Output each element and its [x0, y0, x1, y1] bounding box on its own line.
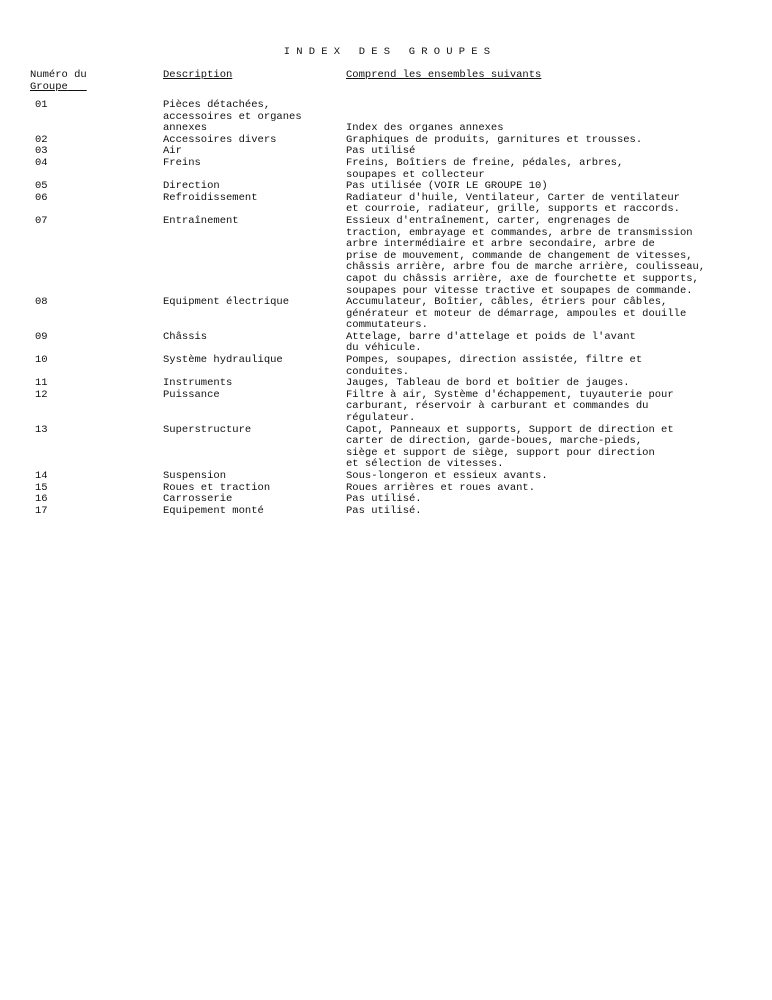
group-contents-line: capot du châssis arrière, axe de fourche…: [346, 274, 705, 286]
group-number: 05: [35, 181, 48, 193]
group-contents-line: Accumulateur, Boîtier, câbles, étriers p…: [346, 297, 686, 309]
header-group-number: Numéro du Groupe: [30, 70, 87, 93]
group-contents: Index des organes annexes: [346, 100, 504, 135]
group-contents: Essieux d'entraînement, carter, engrenag…: [346, 216, 705, 297]
group-contents: Capot, Panneaux et supports, Support de …: [346, 425, 674, 471]
group-contents: Attelage, barre d'attelage et poids de l…: [346, 332, 636, 355]
group-index-table: 01Pièces détachées,accessoires et organe…: [0, 100, 772, 517]
group-description-line: Refroidissement: [163, 193, 258, 205]
group-contents: Sous-longeron et essieux avants.: [346, 471, 548, 483]
group-contents: Pompes, soupapes, direction assistée, fi…: [346, 355, 642, 378]
group-contents: Pas utilisée (VOIR LE GROUPE 10): [346, 181, 548, 193]
group-contents: Radiateur d'huile, Ventilateur, Carter d…: [346, 193, 680, 216]
group-number: 14: [35, 471, 48, 483]
group-contents-line: Pas utilisée (VOIR LE GROUPE 10): [346, 181, 548, 193]
group-contents: Pas utilisé.: [346, 506, 422, 518]
group-contents-line: Freins, Boîtiers de freine, pédales, arb…: [346, 158, 623, 170]
group-description-line: Equipment électrique: [163, 297, 289, 309]
table-row: 13SuperstructureCapot, Panneaux et suppo…: [0, 425, 772, 471]
group-description: Refroidissement: [163, 193, 258, 205]
header-group-number-line2: Groupe: [30, 81, 68, 93]
group-contents-line: arbre intermédiaire et arbre secondaire,…: [346, 239, 705, 251]
group-description: Pièces détachées,accessoires et organesa…: [163, 100, 302, 135]
group-contents-line: Pompes, soupapes, direction assistée, fi…: [346, 355, 642, 367]
group-contents-line: Essieux d'entraînement, carter, engrenag…: [346, 216, 705, 228]
document-page: INDEX DES GROUPES Numéro du Groupe Descr…: [0, 0, 772, 1000]
group-description-line: Freins: [163, 158, 201, 170]
group-description-line: Equipement monté: [163, 506, 264, 518]
group-contents: Freins, Boîtiers de freine, pédales, arb…: [346, 158, 623, 181]
header-contents: Comprend les ensembles suivants: [346, 70, 541, 82]
table-row: 05DirectionPas utilisée (VOIR LE GROUPE …: [0, 181, 772, 193]
table-row: 10Système hydrauliquePompes, soupapes, d…: [0, 355, 772, 378]
group-description: Equipment électrique: [163, 297, 289, 309]
group-description: Châssis: [163, 332, 207, 344]
group-number: 06: [35, 193, 48, 205]
group-number: 09: [35, 332, 48, 344]
table-row: 12PuissanceFiltre à air, Système d'échap…: [0, 390, 772, 425]
group-description: Puissance: [163, 390, 220, 402]
group-description-line: Système hydraulique: [163, 355, 283, 367]
table-row: 08Equipment électriqueAccumulateur, Boît…: [0, 297, 772, 332]
group-number: 12: [35, 390, 48, 402]
group-contents-line: régulateur.: [346, 413, 674, 425]
group-contents: Accumulateur, Boîtier, câbles, étriers p…: [346, 297, 686, 332]
group-description: Equipement monté: [163, 506, 264, 518]
group-number: 04: [35, 158, 48, 170]
group-description-line: Superstructure: [163, 425, 251, 437]
group-contents-line: Sous-longeron et essieux avants.: [346, 471, 548, 483]
header-description: Description: [163, 70, 232, 82]
group-number: 10: [35, 355, 48, 367]
group-description: Entraînement: [163, 216, 239, 228]
page-title: INDEX DES GROUPES: [0, 46, 772, 58]
table-row: 17Equipement montéPas utilisé.: [0, 506, 772, 518]
table-row: 06RefroidissementRadiateur d'huile, Vent…: [0, 193, 772, 216]
table-row: 01Pièces détachées,accessoires et organe…: [0, 100, 772, 135]
group-contents-line: Pas utilisé.: [346, 506, 422, 518]
group-description: Système hydraulique: [163, 355, 283, 367]
group-description: Direction: [163, 181, 220, 193]
group-number: 08: [35, 297, 48, 309]
group-number: 13: [35, 425, 48, 437]
group-contents: Filtre à air, Système d'échappement, tuy…: [346, 390, 674, 425]
group-description-line: Entraînement: [163, 216, 239, 228]
table-row: 09ChâssisAttelage, barre d'attelage et p…: [0, 332, 772, 355]
group-number: 17: [35, 506, 48, 518]
group-number: 01: [35, 100, 48, 112]
group-description-line: Puissance: [163, 390, 220, 402]
group-number: 07: [35, 216, 48, 228]
table-row: 14SuspensionSous-longeron et essieux ava…: [0, 471, 772, 483]
group-description-line: Pièces détachées,: [163, 100, 302, 112]
table-row: 07EntraînementEssieux d'entraînement, ca…: [0, 216, 772, 297]
group-description-line: Direction: [163, 181, 220, 193]
group-description: Suspension: [163, 471, 226, 483]
group-description-line: Châssis: [163, 332, 207, 344]
group-description-line: Suspension: [163, 471, 226, 483]
table-row: 04FreinsFreins, Boîtiers de freine, péda…: [0, 158, 772, 181]
group-description: Freins: [163, 158, 201, 170]
group-contents-line: [346, 100, 504, 112]
group-description: Superstructure: [163, 425, 251, 437]
